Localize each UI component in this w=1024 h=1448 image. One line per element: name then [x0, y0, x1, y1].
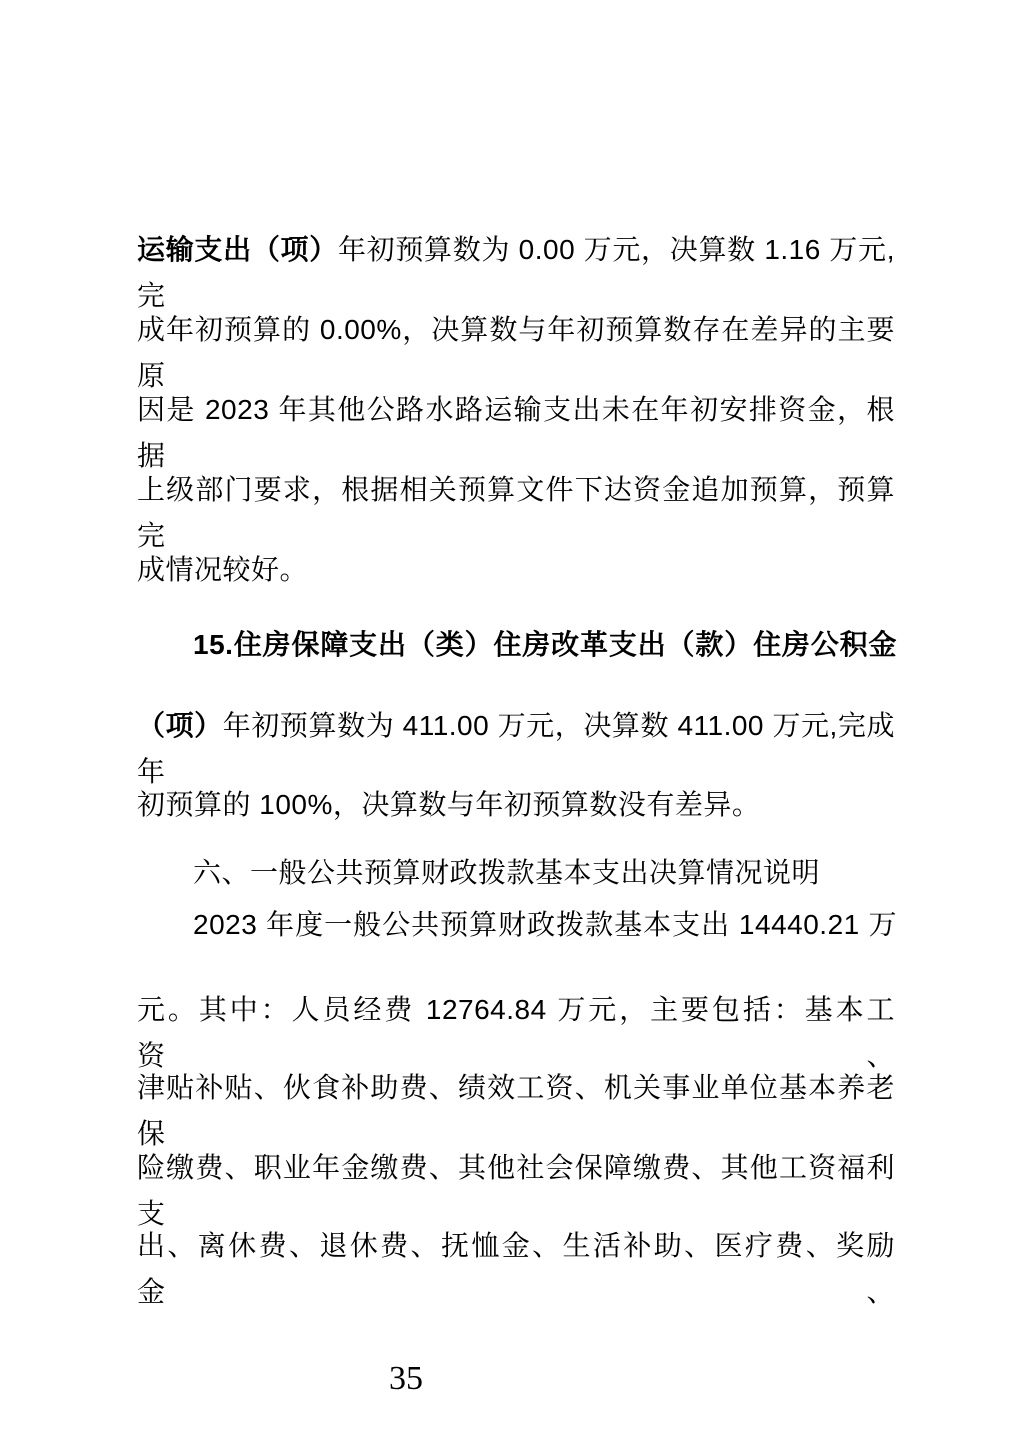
- text-run: 出、离休费、退休费、抚恤金、生活补助、医疗费、奖励金、: [137, 1230, 895, 1307]
- bold-text-run: 15.住房保障支出（类）住房改革支出（款）住房公积金: [193, 629, 897, 660]
- paragraph-line: 出、离休费、退休费、抚恤金、生活补助、医疗费、奖励金、: [137, 1223, 895, 1315]
- document-page: 运输支出（项）年初预算数为 0.00 万元，决算数 1.16 万元,完 成年初预…: [0, 0, 1024, 1448]
- text-run: 年初预算数为 411.00 万元，决算数 411.00 万元,完成年: [137, 710, 895, 787]
- bold-text-run: 运输支出（项）: [137, 234, 338, 265]
- page-number: 35: [389, 1360, 423, 1398]
- section-heading-line: 六、一般公共预算财政拨款基本支出决算情况说明: [193, 850, 897, 896]
- text-run: 上级部门要求，根据相关预算文件下达资金追加预算，预算完: [137, 474, 895, 551]
- paragraph-line: 初预算的 100%，决算数与年初预算数没有差异。: [137, 782, 895, 828]
- text-run: 险缴费、职业年金缴费、其他社会保障缴费、其他工资福利支: [137, 1152, 895, 1229]
- paragraph-line: 上级部门要求，根据相关预算文件下达资金追加预算，预算完: [137, 467, 895, 559]
- text-run: 成年初预算的 0.00%，决算数与年初预算数存在差异的主要原: [137, 314, 895, 391]
- text-run: 2023 年度一般公共预算财政拨款基本支出 14440.21 万: [193, 909, 897, 940]
- paragraph-line: 成年初预算的 0.00%，决算数与年初预算数存在差异的主要原: [137, 307, 895, 399]
- text-run: 因是 2023 年其他公路水路运输支出未在年初安排资金，根据: [137, 394, 895, 471]
- text-run: 六、一般公共预算财政拨款基本支出决算情况说明: [193, 857, 820, 888]
- text-run: 元。其中：人员经费 12764.84 万元，主要包括：基本工资、: [137, 994, 895, 1071]
- paragraph-line: 2023 年度一般公共预算财政拨款基本支出 14440.21 万: [193, 902, 897, 948]
- paragraph-line: 津贴补贴、伙食补助费、绩效工资、机关事业单位基本养老保: [137, 1065, 895, 1157]
- text-run: 初预算的 100%，决算数与年初预算数没有差异。: [137, 789, 760, 820]
- paragraph-line: 运输支出（项）年初预算数为 0.00 万元，决算数 1.16 万元,完: [137, 227, 895, 319]
- paragraph-line: 因是 2023 年其他公路水路运输支出未在年初安排资金，根据: [137, 387, 895, 479]
- bold-text-run: （项）: [137, 710, 223, 741]
- text-run: 成情况较好。: [137, 554, 308, 585]
- paragraph-line-item15: 15.住房保障支出（类）住房改革支出（款）住房公积金: [193, 622, 897, 668]
- text-run: 津贴补贴、伙食补助费、绩效工资、机关事业单位基本养老保: [137, 1072, 895, 1149]
- paragraph-line: 成情况较好。: [137, 547, 895, 593]
